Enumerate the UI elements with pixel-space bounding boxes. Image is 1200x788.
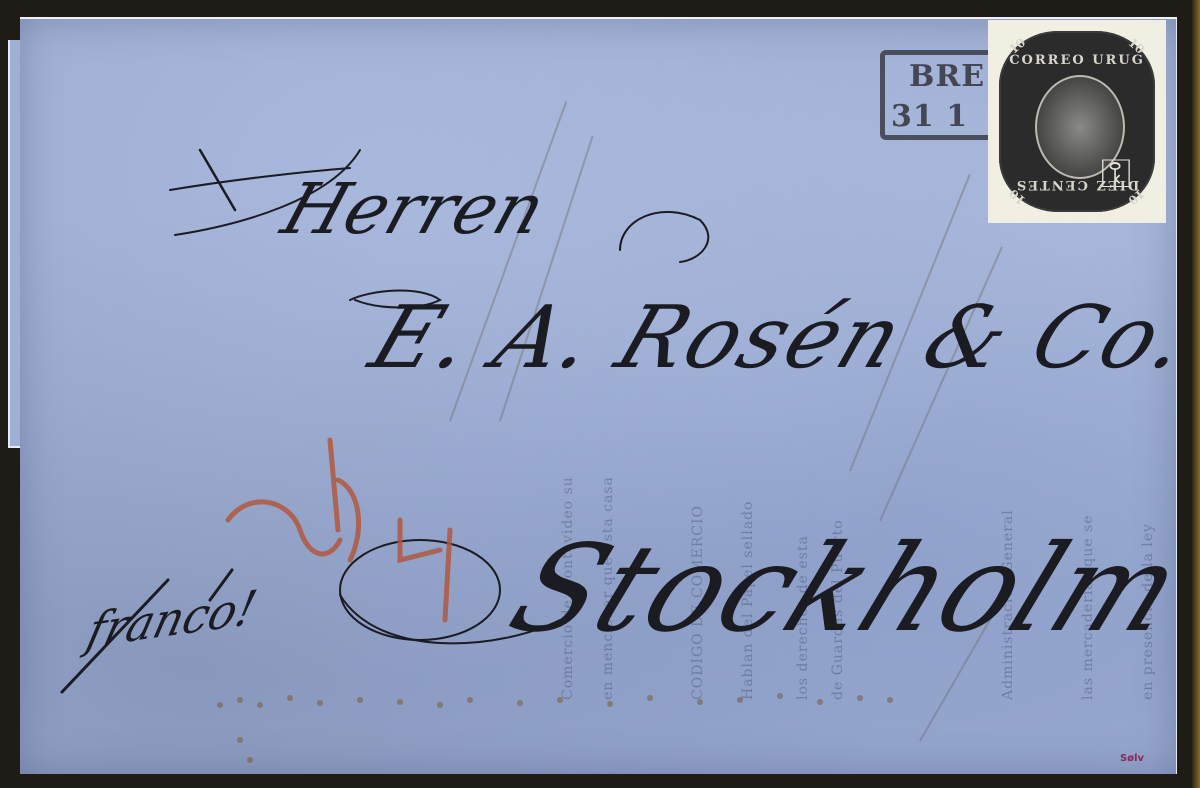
stamp-oval-medallion: ⚿ <box>1035 75 1125 179</box>
destination-city: Stockholm <box>492 520 1200 659</box>
postmark-text-line2: 31 1 <box>891 99 968 134</box>
stamp-design: 10 10 10 10 CORREO URUG ⚿ DIEZ CENTES <box>999 31 1155 212</box>
stamp-bottom-inscription: DIEZ CENTES <box>999 177 1155 192</box>
stamp-top-inscription: CORREO URUG <box>999 53 1155 68</box>
addressee-name: E. A. Rosén & Co. <box>358 288 1200 388</box>
postage-stamp: 10 10 10 10 CORREO URUG ⚿ DIEZ CENTES <box>988 20 1166 223</box>
key-emblem-icon: ⚿ <box>1089 147 1143 201</box>
mount-background-edge <box>1192 0 1200 788</box>
postmark-text-line1: BRE <box>909 59 985 94</box>
dealer-mark: Sølv <box>1120 753 1144 764</box>
salutation: Herren <box>273 168 556 250</box>
postmark-cancellation: BRE 31 1 <box>880 50 990 140</box>
